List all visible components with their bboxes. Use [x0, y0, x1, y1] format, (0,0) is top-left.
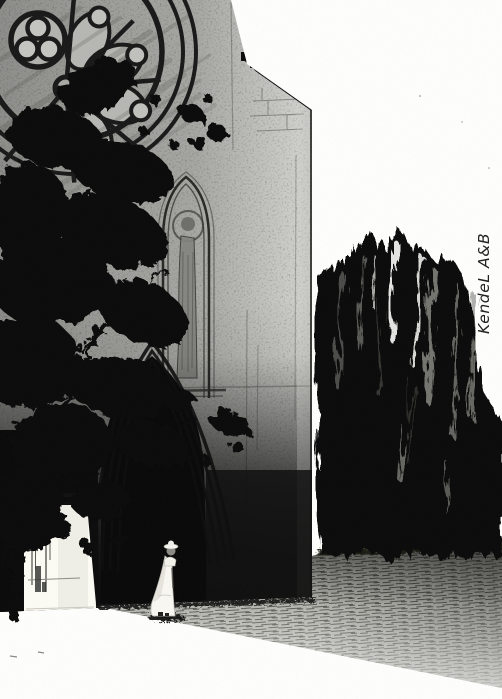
paper-grain-overlay — [0, 0, 502, 699]
illustration-canvas: KendeL A&B — [0, 0, 502, 699]
church-illustration: KendeL A&B — [0, 0, 502, 699]
